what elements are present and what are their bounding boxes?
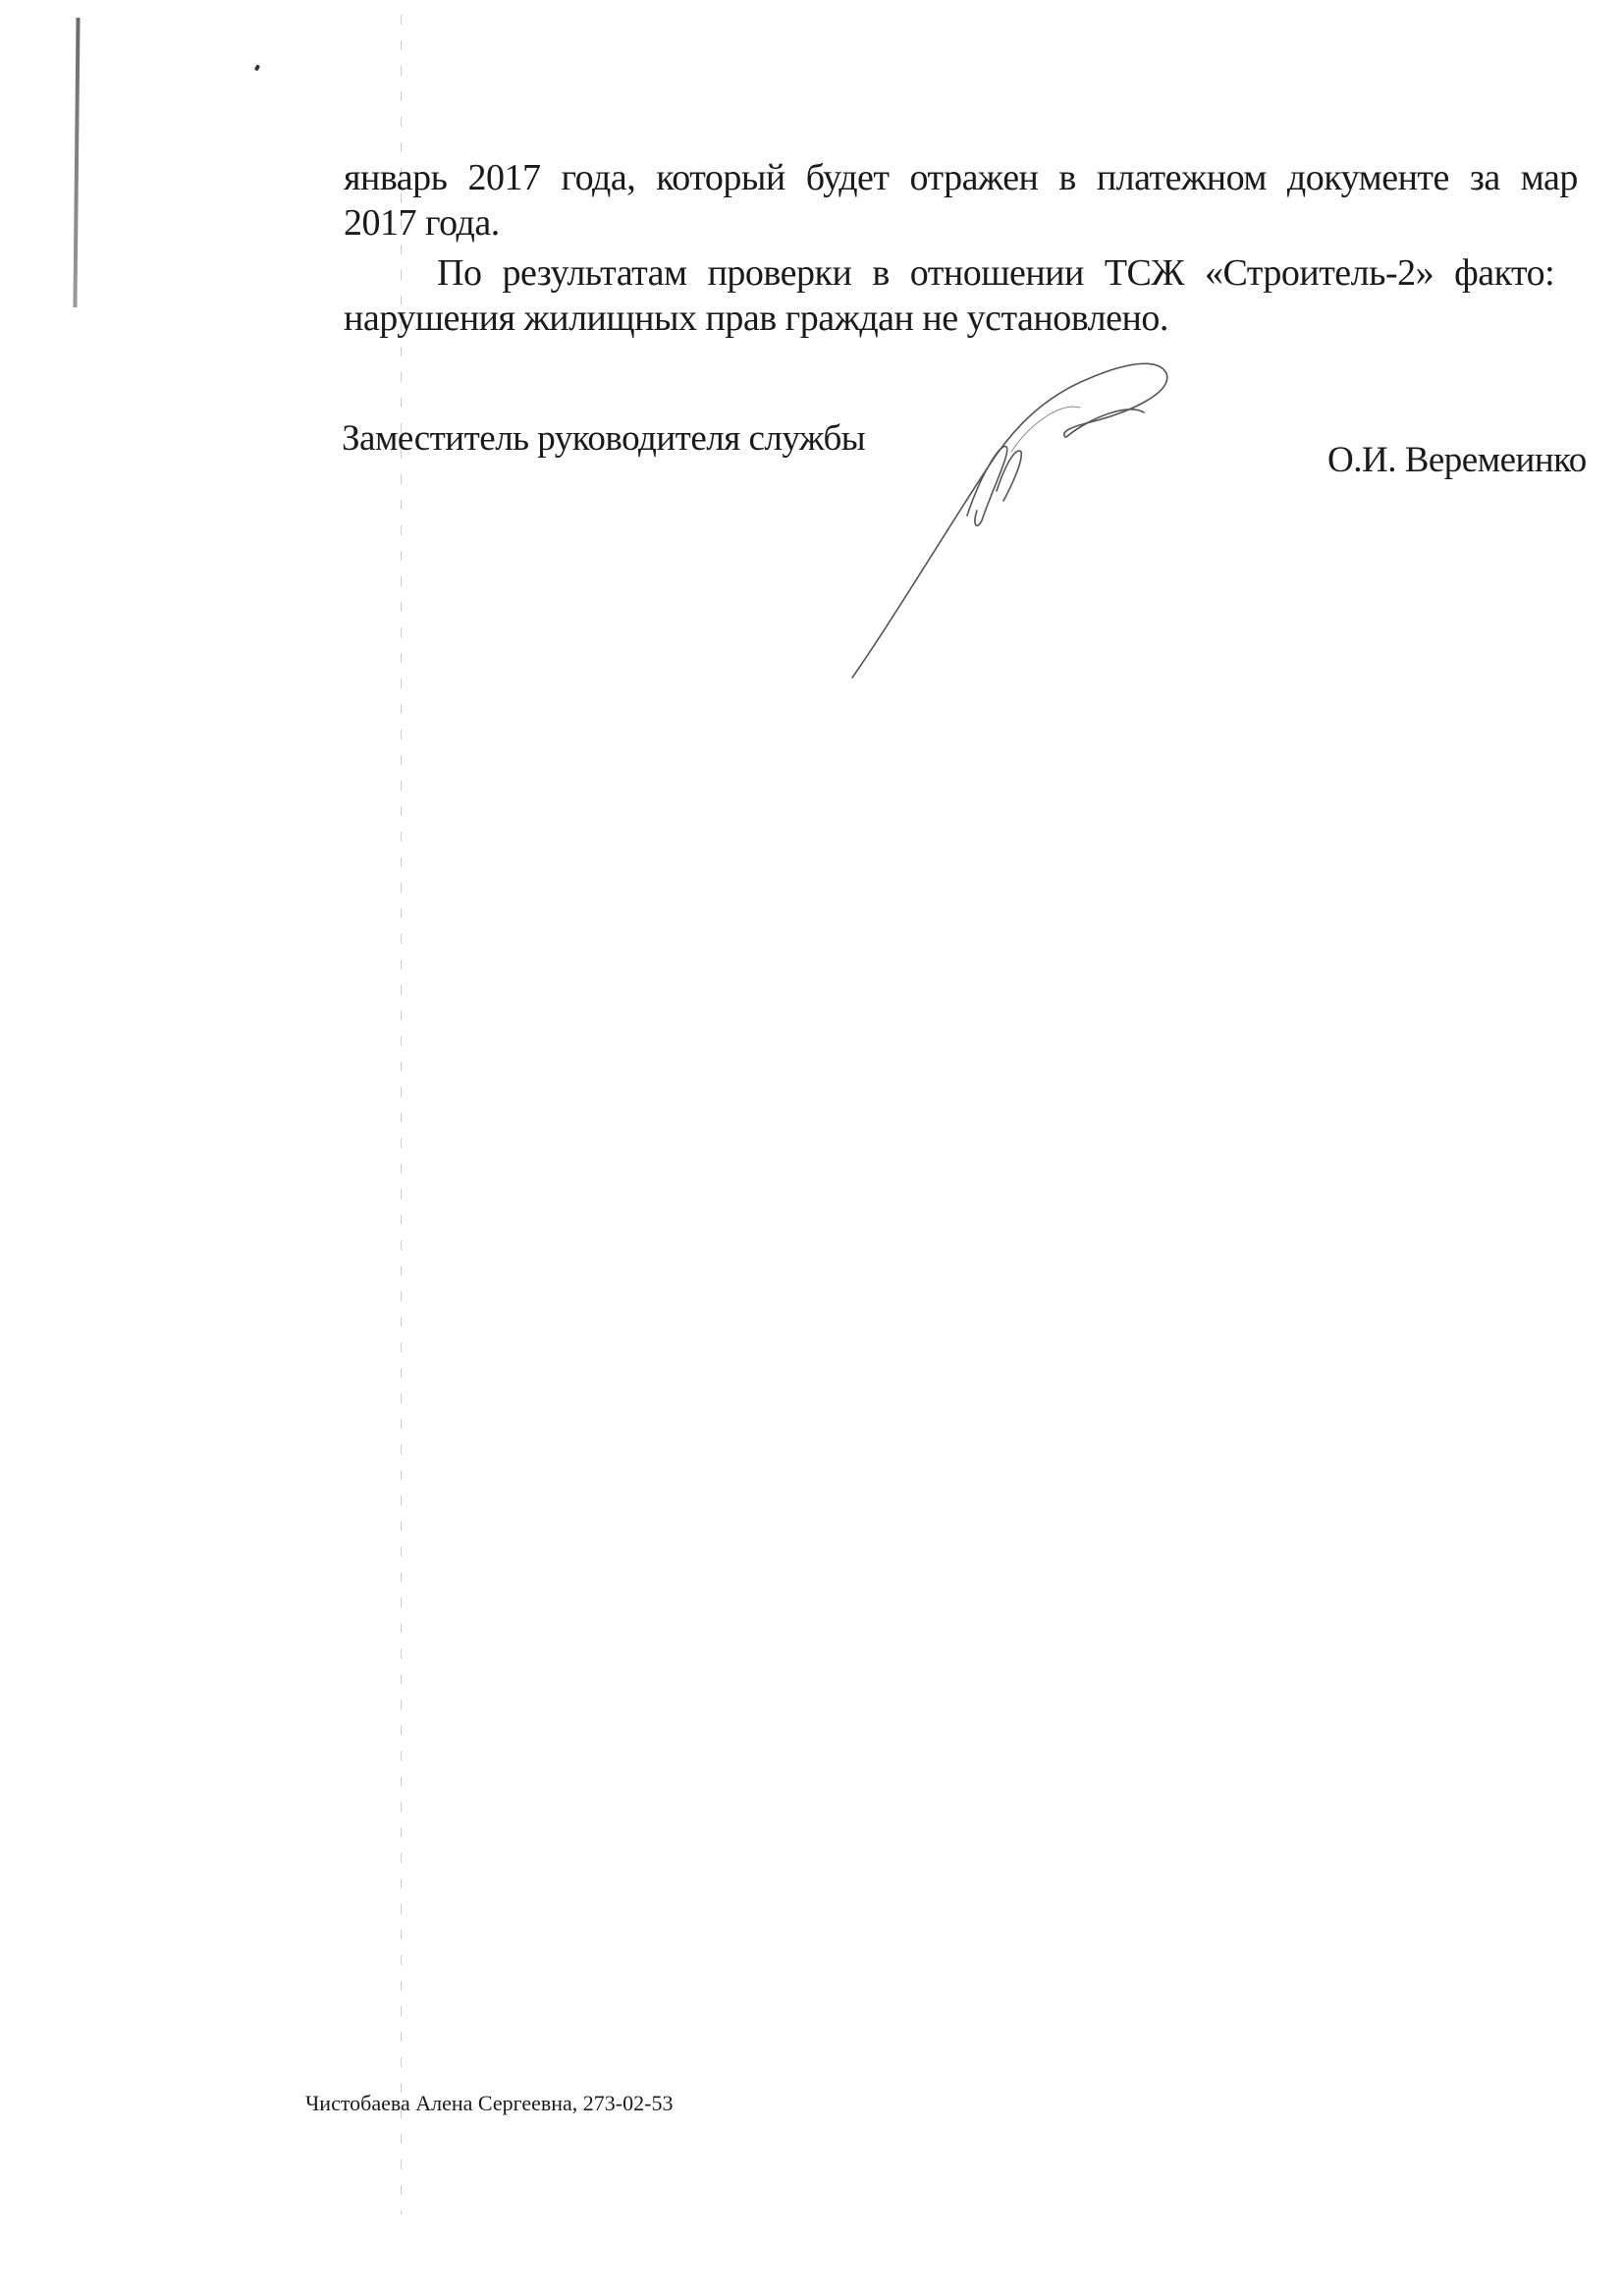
signatory-position: Заместитель руководителя службы (342, 417, 865, 460)
continuation-line-2: 2017 года. (344, 200, 1623, 246)
page-fold-line (401, 15, 402, 2214)
scan-edge-mark (73, 18, 80, 307)
conclusion-line-2: нарушения жилищных прав граждан не устан… (344, 296, 1623, 341)
continuation-line-1: январь 2017 года, который будет отражен … (344, 155, 1623, 200)
document-body: январь 2017 года, который будет отражен … (344, 155, 1623, 341)
scan-speck (254, 64, 260, 71)
handwritten-signature-icon (835, 354, 1286, 687)
conclusion-line-1: По результатам проверки в отношении ТСЖ … (344, 250, 1623, 296)
executor-contact: Чистобаева Алена Сергеевна, 273-02-53 (305, 2091, 673, 2116)
signatory-name: О.И. Веремеинко (1327, 439, 1587, 481)
